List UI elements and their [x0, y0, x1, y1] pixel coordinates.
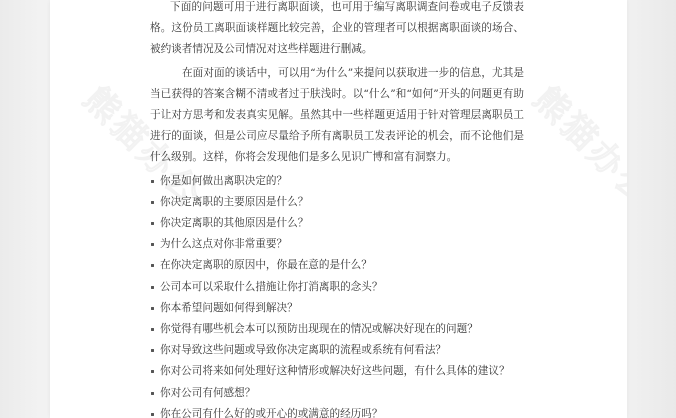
document-page: 熊猫办公 熊猫办公 下面的问题可用于进行离职面谈，也可用于编写离职调查问卷或电子… [50, 0, 627, 418]
question-text: 在你决定离职的原因中，你最在意的是什么？ [160, 259, 372, 271]
question-text: 你决定离职的主要原因是什么？ [160, 196, 308, 208]
guidance-paragraph: 在面对面的谈话中，可以用“为什么”来提问以获取进一步的信息，尤其是当已获得的答案… [150, 63, 524, 169]
question-list: 你是如何做出离职决定的？ 你决定离职的主要原因是什么？ 你决定离职的其他原因是什… [150, 171, 524, 418]
bullet-icon [151, 413, 154, 416]
question-item: 你对公司有何感想？ [150, 383, 524, 404]
bullet-icon [151, 307, 154, 310]
bullet-icon [151, 370, 154, 373]
watermark-right: 熊猫办公 [525, 73, 627, 215]
bullet-icon [151, 286, 154, 289]
bullet-icon [151, 349, 154, 352]
question-item: 你是如何做出离职决定的？ [150, 171, 524, 192]
question-text: 你对导致这些问题或导致你决定离职的流程或系统有何看法？ [160, 344, 446, 356]
question-text: 你对公司将来如何处理好这种情形或解决好这些问题，有什么具体的建议？ [160, 365, 510, 377]
bullet-icon [151, 328, 154, 331]
bullet-icon [151, 180, 154, 183]
question-item: 为什么这点对你非常重要？ [150, 234, 524, 255]
document-content: 下面的问题可用于进行离职面谈，也可用于编写离职调查问卷或电子反馈表格。这份员工离… [150, 0, 524, 418]
question-item: 你决定离职的主要原因是什么？ [150, 192, 524, 213]
question-text: 你是如何做出离职决定的？ [160, 175, 287, 187]
question-text: 为什么这点对你非常重要？ [160, 238, 287, 250]
question-item: 你在公司有什么好的或开心的或满意的经历吗？ [150, 404, 524, 418]
intro-paragraph: 下面的问题可用于进行离职面谈，也可用于编写离职调查问卷或电子反馈表格。这份员工离… [150, 0, 524, 61]
question-text: 你在公司有什么好的或开心的或满意的经历吗？ [160, 408, 382, 418]
question-item: 你本希望问题如何得到解决？ [150, 298, 524, 319]
question-item: 你觉得有哪些机会本可以预防出现现在的情况或解决好现在的问题？ [150, 319, 524, 340]
question-item: 在你决定离职的原因中，你最在意的是什么？ [150, 255, 524, 276]
question-item: 公司本可以采取什么措施让你打消离职的念头？ [150, 277, 524, 298]
question-text: 你本希望问题如何得到解决？ [160, 302, 298, 314]
question-item: 你决定离职的其他原因是什么？ [150, 213, 524, 234]
question-item: 你对公司将来如何处理好这种情形或解决好这些问题，有什么具体的建议？ [150, 361, 524, 382]
bullet-icon [151, 222, 154, 225]
question-text: 你对公司有何感想？ [160, 387, 255, 399]
question-text: 你决定离职的其他原因是什么？ [160, 217, 308, 229]
question-text: 公司本可以采取什么措施让你打消离职的念头？ [160, 281, 382, 293]
bullet-icon [151, 201, 154, 204]
question-item: 你对导致这些问题或导致你决定离职的流程或系统有何看法？ [150, 340, 524, 361]
question-text: 你觉得有哪些机会本可以预防出现现在的情况或解决好现在的问题？ [160, 323, 478, 335]
bullet-icon [151, 243, 154, 246]
bullet-icon [151, 392, 154, 395]
bullet-icon [151, 264, 154, 267]
